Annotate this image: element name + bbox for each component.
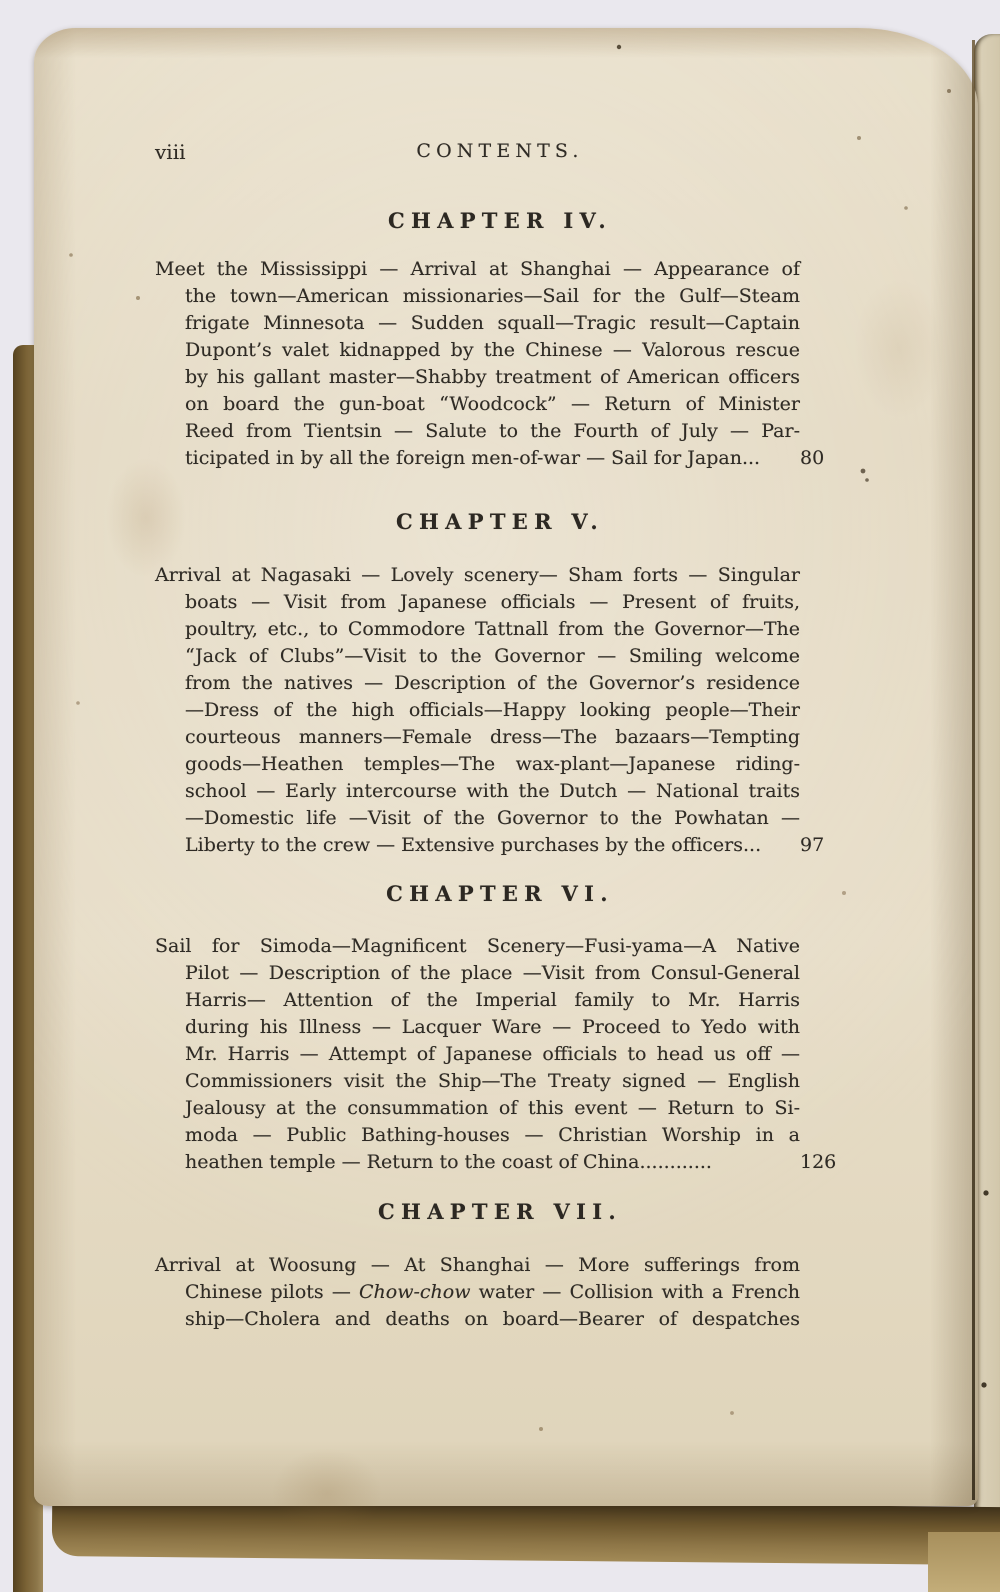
text-line: boats — Visit from Japanese officials — … (155, 589, 800, 616)
text-line: Mr. Harris — Attempt of Japanese officia… (155, 1041, 800, 1068)
text-line: Arrival at Woosung — At Shanghai — More … (155, 1252, 800, 1279)
text-segment: —Domestic life —Visit of the Governor to… (185, 807, 800, 829)
text-line: Reed from Tientsin — Salute to the Fourt… (155, 418, 800, 445)
toc-page-number: 126 (800, 1149, 852, 1176)
text-line: Sail for Simoda—Magnificent Scenery—Fusi… (155, 933, 800, 960)
text-line: heathen temple — Return to the coast of … (155, 1149, 800, 1176)
text-segment: by his gallant master—Shabby treatment o… (185, 366, 800, 388)
chapter-heading: CHAPTER IV. (155, 207, 845, 235)
photographed-book-page: { "page": { "folio": "viii", "running_he… (0, 0, 1000, 1592)
text-line: ticipated in by all the foreign men-of-w… (155, 445, 800, 472)
text-segment: during his Illness — Lacquer Ware — Proc… (185, 1016, 800, 1038)
text-segment: Meet the Mississippi — Arrival at Shangh… (155, 258, 800, 280)
text-segment: water — Collision with a French (471, 1281, 801, 1303)
chapter-summary-paragraph: Meet the Mississippi — Arrival at Shangh… (155, 256, 800, 472)
text-line: Arrival at Nagasaki — Lovely scenery— Sh… (155, 562, 800, 589)
text-segment: moda — Public Bathing-houses — Christian… (185, 1124, 800, 1146)
text-line: Harris— Attention of the Imperial family… (155, 987, 800, 1014)
page-header: viii CONTENTS. (155, 140, 845, 167)
text-segment: the town—American missionaries—Sail for … (185, 285, 800, 307)
text-line: moda — Public Bathing-houses — Christian… (155, 1122, 800, 1149)
text-segment: courteous manners—Female dress—The bazaa… (185, 726, 800, 748)
text-line: goods—Heathen temples—The wax-plant—Japa… (155, 751, 800, 778)
chapter-heading: CHAPTER V. (155, 508, 845, 536)
paper-speckles (0, 0, 2, 2)
page-stack-corner (928, 1532, 1000, 1592)
text-segment: boats — Visit from Japanese officials — … (185, 591, 800, 613)
text-segment: heathen temple — Return to the coast of … (185, 1151, 712, 1173)
text-line: by his gallant master—Shabby treatment o… (155, 364, 800, 391)
text-segment: Mr. Harris — Attempt of Japanese officia… (185, 1043, 800, 1065)
text-segment: ship—Cholera and deaths on board—Bearer … (185, 1308, 800, 1330)
chapter-heading: CHAPTER VI. (155, 880, 845, 908)
text-segment: Jealousy at the consummation of this eve… (185, 1097, 800, 1119)
text-segment: Pilot — Description of the place —Visit … (185, 962, 800, 984)
text-segment: Dupont’s valet kidnapped by the Chinese … (185, 339, 800, 361)
text-segment: frigate Minnesota — Sudden squall—Tragic… (185, 312, 800, 334)
text-line: from the natives — Description of the Go… (155, 670, 800, 697)
text-segment: ticipated in by all the foreign men-of-w… (185, 447, 760, 469)
text-line: Pilot — Description of the place —Visit … (155, 960, 800, 987)
chapter-summary-paragraph: Arrival at Woosung — At Shanghai — More … (155, 1252, 800, 1333)
text-line: the town—American missionaries—Sail for … (155, 283, 800, 310)
text-segment: Arrival at Woosung — At Shanghai — More … (155, 1254, 800, 1276)
text-line: Chinese pilots — Chow-chow water — Colli… (155, 1279, 800, 1306)
text-line: —Domestic life —Visit of the Governor to… (155, 805, 800, 832)
text-segment: “Jack of Clubs”—Visit to the Governor — … (185, 645, 800, 667)
text-line: frigate Minnesota — Sudden squall—Tragic… (155, 310, 800, 337)
chapter-heading: CHAPTER VII. (155, 1198, 845, 1226)
text-segment: Reed from Tientsin — Salute to the Fourt… (185, 420, 800, 442)
text-line: Jealousy at the consummation of this eve… (155, 1095, 800, 1122)
text-line: “Jack of Clubs”—Visit to the Governor — … (155, 643, 800, 670)
paper-stain (854, 278, 944, 418)
text-segment: school — Early intercourse with the Dutc… (185, 780, 800, 802)
text-line: —Dress of the high officials—Happy looki… (155, 697, 800, 724)
text-line: school — Early intercourse with the Dutc… (155, 778, 800, 805)
chapter-summary-paragraph: Arrival at Nagasaki — Lovely scenery— Sh… (155, 562, 800, 859)
text-line: Commissioners visit the Ship—The Treaty … (155, 1068, 800, 1095)
page-stack-edge (52, 1498, 1000, 1565)
text-segment: Harris— Attention of the Imperial family… (185, 989, 800, 1011)
text-line: Dupont’s valet kidnapped by the Chinese … (155, 337, 800, 364)
text-line: during his Illness — Lacquer Ware — Proc… (155, 1014, 800, 1041)
text-line: poultry, etc., to Commodore Tattnall fro… (155, 616, 800, 643)
text-segment: Chinese pilots — (185, 1281, 359, 1303)
text-segment: poultry, etc., to Commodore Tattnall fro… (185, 618, 800, 640)
gutter-shadow (972, 40, 975, 1500)
folio-page-number: viii (155, 140, 186, 164)
toc-page-number: 97 (800, 832, 852, 859)
text-line: Liberty to the crew — Extensive purchase… (155, 832, 800, 859)
text-segment: Sail for Simoda—Magnificent Scenery—Fusi… (155, 935, 800, 957)
text-segment: from the natives — Description of the Go… (185, 672, 800, 694)
italic-text-segment: Chow-chow (359, 1281, 470, 1303)
text-line: Meet the Mississippi — Arrival at Shangh… (155, 256, 800, 283)
running-head: CONTENTS. (155, 140, 845, 162)
text-segment: Arrival at Nagasaki — Lovely scenery— Sh… (155, 564, 800, 586)
text-line: ship—Cholera and deaths on board—Bearer … (155, 1306, 800, 1333)
text-segment: Liberty to the crew — Extensive purchase… (185, 834, 761, 856)
text-segment: goods—Heathen temples—The wax-plant—Japa… (185, 753, 800, 775)
text-segment: —Dress of the high officials—Happy looki… (185, 699, 800, 721)
toc-page-number: 80 (800, 445, 852, 472)
chapters-root: CHAPTER IV.Meet the Mississippi — Arriva… (155, 207, 800, 1333)
chapter-summary-paragraph: Sail for Simoda—Magnificent Scenery—Fusi… (155, 933, 800, 1176)
text-line: courteous manners—Female dress—The bazaa… (155, 724, 800, 751)
text-column: viii CONTENTS. CHAPTER IV.Meet the Missi… (155, 140, 800, 1333)
text-segment: on board the gun-boat “Woodcock” — Retur… (185, 393, 800, 415)
text-line: on board the gun-boat “Woodcock” — Retur… (155, 391, 800, 418)
text-segment: Commissioners visit the Ship—The Treaty … (185, 1070, 800, 1092)
